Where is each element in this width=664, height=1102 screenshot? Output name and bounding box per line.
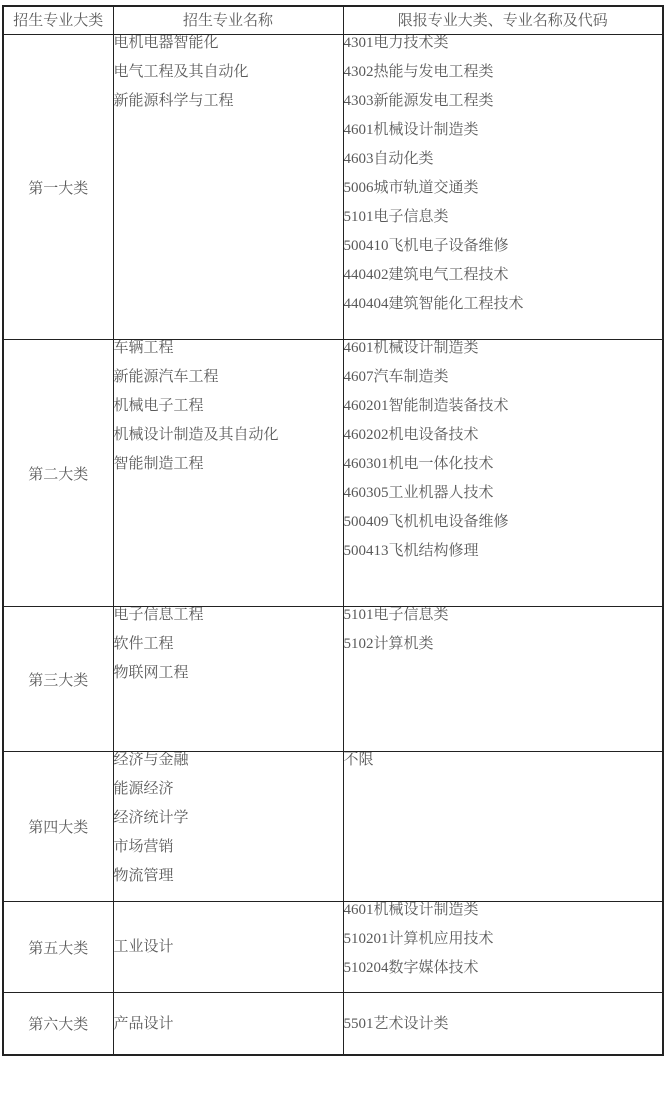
restricted-cell: 4301电力技术类4302热能与发电工程类4303新能源发电工程类4601机械设… <box>343 35 663 340</box>
cell-line: 能源经济 <box>114 781 343 797</box>
restricted-cell: 5101电子信息类5102计算机类 <box>343 607 663 752</box>
cell-line: 经济统计学 <box>114 810 343 826</box>
table-body: 第一大类 电机电器智能化电气工程及其自动化新能源科学与工程 4301电力技术类4… <box>3 35 663 1056</box>
table-row: 第一大类 电机电器智能化电气工程及其自动化新能源科学与工程 4301电力技术类4… <box>3 35 663 340</box>
cell-line: 5101电子信息类 <box>344 209 663 225</box>
majors-cell: 电子信息工程软件工程物联网工程 <box>113 607 343 752</box>
restricted-cell: 4601机械设计制造类4607汽车制造类460201智能制造装备技术460202… <box>343 340 663 607</box>
cell-line: 经济与金融 <box>114 752 343 768</box>
cell-line: 510204数字媒体技术 <box>344 960 663 976</box>
cell-line: 500409飞机机电设备维修 <box>344 514 663 530</box>
cell-line: 智能制造工程 <box>114 456 343 472</box>
cell-line: 4601机械设计制造类 <box>344 122 663 138</box>
cell-line: 软件工程 <box>114 636 343 652</box>
cell-line: 4303新能源发电工程类 <box>344 93 663 109</box>
cell-line: 500413飞机结构修理 <box>344 543 663 559</box>
column-header-restricted: 限报专业大类、专业名称及代码 <box>343 6 663 35</box>
cell-line: 车辆工程 <box>114 340 343 356</box>
cell-line: 500410飞机电子设备维修 <box>344 238 663 254</box>
cell-line: 机械设计制造及其自动化 <box>114 427 343 443</box>
cell-line: 新能源汽车工程 <box>114 369 343 385</box>
majors-cell: 经济与金融能源经济经济统计学市场营销物流管理 <box>113 752 343 902</box>
header-row: 招生专业大类 招生专业名称 限报专业大类、专业名称及代码 <box>3 6 663 35</box>
category-cell: 第六大类 <box>3 993 113 1056</box>
cell-line: 5006城市轨道交通类 <box>344 180 663 196</box>
cell-line: 不限 <box>344 752 663 768</box>
cell-line: 460201智能制造装备技术 <box>344 398 663 414</box>
cell-line: 510201计算机应用技术 <box>344 931 663 947</box>
cell-line: 440402建筑电气工程技术 <box>344 267 663 283</box>
cell-line: 440404建筑智能化工程技术 <box>344 296 663 312</box>
majors-cell: 车辆工程新能源汽车工程机械电子工程机械设计制造及其自动化智能制造工程 <box>113 340 343 607</box>
category-cell: 第二大类 <box>3 340 113 607</box>
cell-line: 460202机电设备技术 <box>344 427 663 443</box>
cell-line: 5101电子信息类 <box>344 607 663 623</box>
table-row: 第三大类 电子信息工程软件工程物联网工程 5101电子信息类5102计算机类 <box>3 607 663 752</box>
category-cell: 第三大类 <box>3 607 113 752</box>
cell-line: 460305工业机器人技术 <box>344 485 663 501</box>
cell-line: 物流管理 <box>114 868 343 884</box>
admission-majors-table: 招生专业大类 招生专业名称 限报专业大类、专业名称及代码 第一大类 电机电器智能… <box>2 5 664 1056</box>
cell-line: 5102计算机类 <box>344 636 663 652</box>
majors-cell: 电机电器智能化电气工程及其自动化新能源科学与工程 <box>113 35 343 340</box>
cell-line: 4302热能与发电工程类 <box>344 64 663 80</box>
cell-line: 4601机械设计制造类 <box>344 902 663 918</box>
cell-line: 机械电子工程 <box>114 398 343 414</box>
table-row: 第六大类 产品设计 5501艺术设计类 <box>3 993 663 1056</box>
cell-line: 4607汽车制造类 <box>344 369 663 385</box>
table-row: 第二大类 车辆工程新能源汽车工程机械电子工程机械设计制造及其自动化智能制造工程 … <box>3 340 663 607</box>
table-header: 招生专业大类 招生专业名称 限报专业大类、专业名称及代码 <box>3 6 663 35</box>
cell-line: 4301电力技术类 <box>344 35 663 51</box>
majors-cell: 产品设计 <box>113 993 343 1056</box>
cell-line: 工业设计 <box>114 939 343 955</box>
table-row: 第四大类 经济与金融能源经济经济统计学市场营销物流管理 不限 <box>3 752 663 902</box>
cell-line: 电子信息工程 <box>114 607 343 623</box>
page: 招生专业大类 招生专业名称 限报专业大类、专业名称及代码 第一大类 电机电器智能… <box>0 0 664 1102</box>
cell-line: 4601机械设计制造类 <box>344 340 663 356</box>
column-header-major-name: 招生专业名称 <box>113 6 343 35</box>
cell-line: 市场营销 <box>114 839 343 855</box>
majors-cell: 工业设计 <box>113 902 343 993</box>
cell-line: 产品设计 <box>114 1016 343 1032</box>
category-cell: 第一大类 <box>3 35 113 340</box>
cell-line: 460301机电一体化技术 <box>344 456 663 472</box>
cell-line: 物联网工程 <box>114 665 343 681</box>
category-cell: 第五大类 <box>3 902 113 993</box>
cell-line: 新能源科学与工程 <box>114 93 343 109</box>
cell-line: 4603自动化类 <box>344 151 663 167</box>
cell-line: 5501艺术设计类 <box>344 1016 663 1032</box>
restricted-cell: 不限 <box>343 752 663 902</box>
restricted-cell: 4601机械设计制造类510201计算机应用技术510204数字媒体技术 <box>343 902 663 993</box>
cell-line: 电气工程及其自动化 <box>114 64 343 80</box>
restricted-cell: 5501艺术设计类 <box>343 993 663 1056</box>
category-cell: 第四大类 <box>3 752 113 902</box>
cell-line: 电机电器智能化 <box>114 35 343 51</box>
column-header-category: 招生专业大类 <box>3 6 113 35</box>
table-row: 第五大类 工业设计 4601机械设计制造类510201计算机应用技术510204… <box>3 902 663 993</box>
